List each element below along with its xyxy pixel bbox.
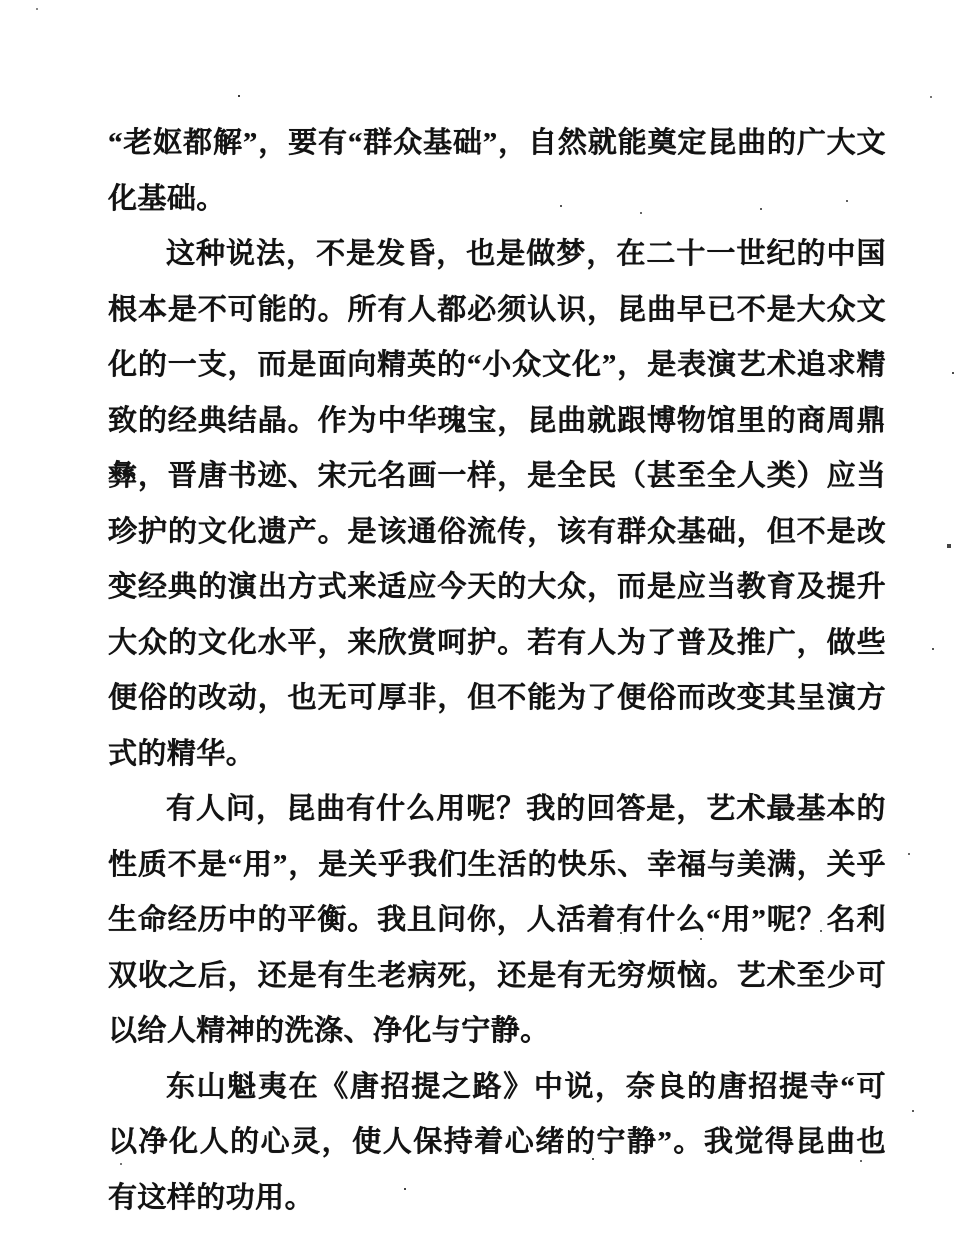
body-text: “老妪都解”，要有“群众基础”，自然就能奠定昆曲的广大文化基础。 这种说法，不是… (108, 116, 886, 1226)
paragraph: 有人问，昆曲有什么用呢？我的回答是，艺术最基本的性质不是“用”，是关乎我们生活的… (108, 782, 886, 1060)
scan-noise-speckles (0, 0, 2, 2)
paragraph: 东山魁夷在《唐招提之路》中说，奈良的唐招提寺“可以净化人的心灵，使人保持着心绪的… (108, 1060, 886, 1227)
paragraph-continuation: “老妪都解”，要有“群众基础”，自然就能奠定昆曲的广大文化基础。 (108, 116, 886, 227)
scanned-book-page: “老妪都解”，要有“群众基础”，自然就能奠定昆曲的广大文化基础。 这种说法，不是… (0, 0, 975, 1245)
paragraph: 这种说法，不是发昏，也是做梦，在二十一世纪的中国根本是不可能的。所有人都必须认识… (108, 227, 886, 782)
